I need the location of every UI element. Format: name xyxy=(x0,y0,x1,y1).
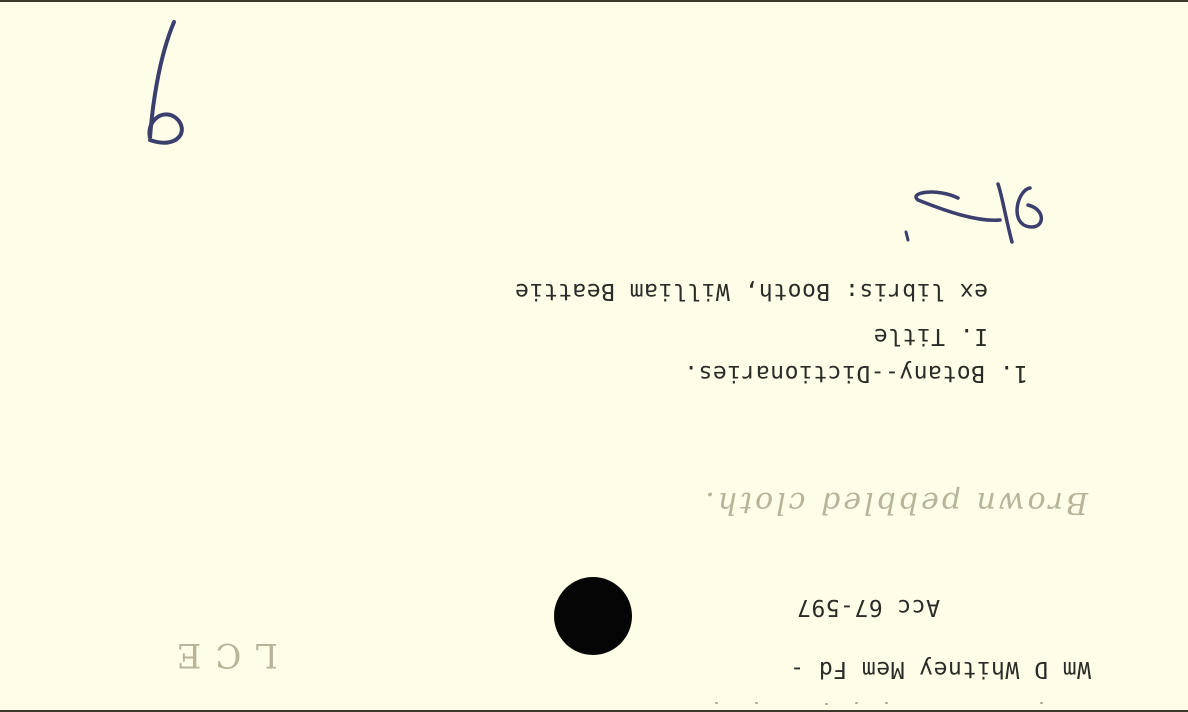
ink-number-nine xyxy=(128,10,198,150)
speck xyxy=(755,702,758,704)
black-dot-marker xyxy=(554,577,632,655)
speck xyxy=(1040,702,1043,704)
accession-number: Acc 67-597 xyxy=(797,594,940,620)
subject-heading: 1. Botany--Dictionaries. xyxy=(684,360,1028,386)
speck xyxy=(715,702,718,704)
title-entry: I. Title xyxy=(873,323,988,349)
fund-line: Wm D Whitney Mem Fd - xyxy=(790,656,1091,682)
ink-initials xyxy=(888,160,1058,250)
card-content-rotated: Wm D Whitney Mem Fd - Acc 67-597 1. Bota… xyxy=(0,2,1188,710)
pencil-initials: LCE xyxy=(163,635,278,675)
catalog-card: Wm D Whitney Mem Fd - Acc 67-597 1. Bota… xyxy=(0,0,1188,712)
speck xyxy=(855,702,858,704)
speck xyxy=(885,702,888,704)
binding-note: Brown pebbled cloth. xyxy=(702,485,1088,520)
speck xyxy=(825,703,828,705)
provenance-note: ex libris: Booth, William Beattie xyxy=(515,278,988,304)
